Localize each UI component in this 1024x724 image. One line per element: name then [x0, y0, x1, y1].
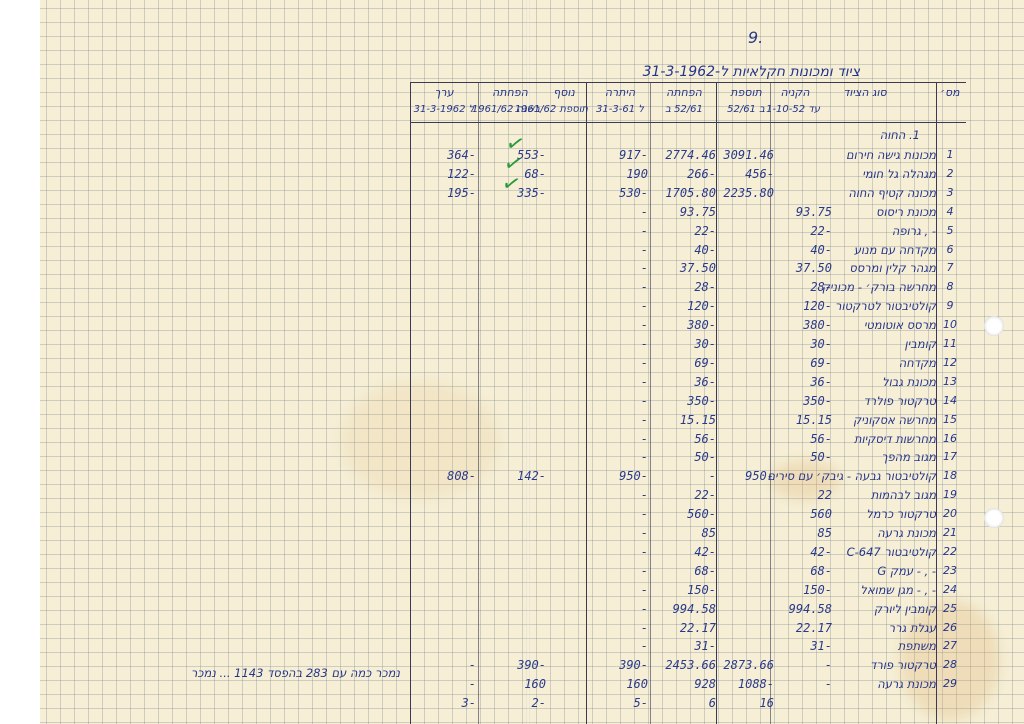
column-subheader-purchase: עד 1-10-52: [770, 104, 820, 115]
cell-purchase: 350-: [776, 394, 832, 408]
cell-balance: -: [590, 450, 648, 464]
column-subheader-value: ל 31-3-1962: [412, 104, 476, 115]
cell-purchase: 22: [776, 488, 832, 502]
column-subheader-addition: ב 52/61: [716, 104, 776, 115]
row-number: 12: [940, 356, 960, 369]
cell-dep_year: 142-: [484, 469, 546, 483]
header-rule: [410, 122, 966, 123]
cell-purchase: 36-: [776, 375, 832, 389]
cell-dep_until: 150-: [654, 583, 716, 597]
cell-balance: -: [590, 564, 648, 578]
cell-dep_until: 994.58: [654, 602, 716, 616]
punch-hole: [984, 316, 1004, 336]
column-rule: [586, 82, 587, 724]
row-number: 23: [940, 564, 960, 577]
cell-addition: 3091.46: [720, 148, 774, 162]
cell-dep_until: -: [654, 469, 716, 483]
row-number: 11: [940, 337, 960, 350]
cell-purchase: 22.17: [776, 621, 832, 635]
row-number: 3: [940, 186, 960, 199]
item-description: מכונה קטיף החוה: [786, 186, 936, 200]
cell-addition: 2235.80: [720, 186, 774, 200]
footnote: נמכר כמה עם 283 בהפסד 1143 ... נמכר: [80, 666, 400, 680]
column-header-added: נוסף: [540, 86, 588, 99]
cell-dep_until: 31-: [654, 639, 716, 653]
page-title: ציוד ומכונות חקלאיות ל-31-3-1962: [560, 64, 860, 80]
cell-value: -: [414, 677, 476, 691]
cell-purchase: 69-: [776, 356, 832, 370]
column-rule: [936, 82, 937, 724]
row-number: 6: [940, 243, 960, 256]
column-header-item: סוג הציוד: [810, 86, 920, 99]
row-number: 8: [940, 280, 960, 293]
row-number: 27: [940, 639, 960, 652]
cell-purchase: 42-: [776, 545, 832, 559]
cell-dep_until: 93.75: [654, 205, 716, 219]
cell-dep_until: 2774.46: [654, 148, 716, 162]
row-number: 5: [940, 224, 960, 237]
cell-balance: 190: [590, 167, 648, 181]
cell-purchase: 15.15: [776, 413, 832, 427]
cell-purchase: 994.58: [776, 602, 832, 616]
section-heading: 1. החוה: [800, 128, 920, 142]
row-number: 21: [940, 526, 960, 539]
cell-addition: 16: [720, 696, 774, 710]
cell-purchase: 28-: [776, 280, 832, 294]
cell-balance: -: [590, 318, 648, 332]
cell-dep_until: 50-: [654, 450, 716, 464]
cell-balance: -: [590, 545, 648, 559]
cell-balance: -: [590, 583, 648, 597]
cell-dep_until: 928: [654, 677, 716, 691]
cell-dep_until: 350-: [654, 394, 716, 408]
cell-addition: 456-: [720, 167, 774, 181]
column-header-addition: תוספת: [716, 86, 776, 99]
cell-purchase: 37.50: [776, 261, 832, 275]
row-number: 16: [940, 432, 960, 445]
cell-balance: -: [590, 432, 648, 446]
cell-dep_until: 69-: [654, 356, 716, 370]
cell-balance: -: [590, 602, 648, 616]
cell-value: 364-: [414, 148, 476, 162]
cell-dep_until: 380-: [654, 318, 716, 332]
cell-balance: -: [590, 205, 648, 219]
cell-dep_year: 390-: [484, 658, 546, 672]
row-number: 20: [940, 507, 960, 520]
cell-balance: 530-: [590, 186, 648, 200]
ledger-page: 9. ציוד ומכונות חקלאיות ל-31-3-1962 מס׳ס…: [40, 0, 1024, 724]
cell-balance: -: [590, 243, 648, 257]
cell-balance: -: [590, 224, 648, 238]
row-number: 22: [940, 545, 960, 558]
cell-purchase: 40-: [776, 243, 832, 257]
page-number: 9.: [748, 28, 763, 47]
cell-dep_year: 2-: [484, 696, 546, 710]
column-rule: [478, 82, 479, 724]
row-number: 19: [940, 488, 960, 501]
cell-dep_until: 266-: [654, 167, 716, 181]
cell-purchase: 50-: [776, 450, 832, 464]
cell-dep_until: 68-: [654, 564, 716, 578]
cell-purchase: 93.75: [776, 205, 832, 219]
cell-balance: -: [590, 639, 648, 653]
cell-purchase: 30-: [776, 337, 832, 351]
row-number: 15: [940, 413, 960, 426]
row-number: 26: [940, 621, 960, 634]
cell-dep_until: 28-: [654, 280, 716, 294]
column-rule: [716, 82, 717, 724]
cell-purchase: 31-: [776, 639, 832, 653]
cell-balance: -: [590, 526, 648, 540]
cell-dep_until: 560-: [654, 507, 716, 521]
cell-addition: 2873.66: [720, 658, 774, 672]
cell-balance: -: [590, 280, 648, 294]
row-number: 29: [940, 677, 960, 690]
cell-dep_year: 160: [484, 677, 546, 691]
row-number: 10: [940, 318, 960, 331]
cell-value: 122-: [414, 167, 476, 181]
cell-dep_until: 85: [654, 526, 716, 540]
row-number: 7: [940, 261, 960, 274]
cell-dep_until: 120-: [654, 299, 716, 313]
cell-dep_until: 36-: [654, 375, 716, 389]
cell-dep_until: 22-: [654, 488, 716, 502]
cell-dep_until: 42-: [654, 545, 716, 559]
row-number: 1: [940, 148, 960, 161]
row-number: 17: [940, 450, 960, 463]
cell-purchase: 380-: [776, 318, 832, 332]
cell-value: 3-: [414, 696, 476, 710]
column-rule: [650, 82, 651, 724]
column-subheader-dep_year: בשנה 1961/62: [480, 104, 540, 115]
cell-balance: -: [590, 261, 648, 275]
header-rule: [410, 82, 966, 83]
cell-dep_until: 2453.66: [654, 658, 716, 672]
item-description: מכונות גישה חירום: [786, 148, 936, 162]
column-subheader-balance: ל 31-3-61: [590, 104, 650, 115]
cell-balance: 950-: [590, 469, 648, 483]
cell-value: 808-: [414, 469, 476, 483]
column-header-no: מס׳: [938, 86, 962, 99]
cell-addition: 950-: [720, 469, 774, 483]
column-subheader-dep_until: 52/61 ב: [654, 104, 714, 115]
row-number: 9: [940, 299, 960, 312]
row-number: 28: [940, 658, 960, 671]
cell-purchase: 120-: [776, 299, 832, 313]
row-number: 24: [940, 583, 960, 596]
cell-balance: -: [590, 356, 648, 370]
cell-dep_until: 30-: [654, 337, 716, 351]
cell-balance: -: [590, 488, 648, 502]
cell-dep_until: 40-: [654, 243, 716, 257]
cell-balance: -: [590, 394, 648, 408]
cell-value: 195-: [414, 186, 476, 200]
row-number: 18: [940, 469, 960, 482]
cell-dep_until: 56-: [654, 432, 716, 446]
cell-balance: -: [590, 621, 648, 635]
cell-purchase: 150-: [776, 583, 832, 597]
column-subheader-added: תוספת 1961/62: [540, 104, 588, 115]
cell-balance: -: [590, 413, 648, 427]
cell-dep_until: 6: [654, 696, 716, 710]
column-rule: [410, 82, 411, 724]
cell-purchase: -: [776, 658, 832, 672]
cell-dep_until: 22-: [654, 224, 716, 238]
cell-dep_until: 37.50: [654, 261, 716, 275]
cell-balance: -: [590, 337, 648, 351]
row-number: 25: [940, 602, 960, 615]
item-description: קולטיבטור גבעה - גיבק׳ עם סירים: [786, 469, 936, 483]
column-header-balance: היתרה: [590, 86, 650, 99]
column-header-value: ערך: [412, 86, 476, 99]
cell-balance: 5-: [590, 696, 648, 710]
cell-purchase: 22-: [776, 224, 832, 238]
punch-hole: [984, 508, 1004, 528]
cell-balance: -: [590, 375, 648, 389]
cell-addition: 1088-: [720, 677, 774, 691]
cell-purchase: 68-: [776, 564, 832, 578]
cell-balance: 917-: [590, 148, 648, 162]
item-description: מגהלה גל חומי: [786, 167, 936, 181]
column-header-purchase: הקניה: [770, 86, 820, 99]
cell-balance: -: [590, 507, 648, 521]
column-header-dep_year: הפחתה: [480, 86, 540, 99]
column-header-dep_until: הפחתה: [654, 86, 714, 99]
row-number: 4: [940, 205, 960, 218]
row-number: 13: [940, 375, 960, 388]
cell-purchase: 85: [776, 526, 832, 540]
cell-balance: 390-: [590, 658, 648, 672]
cell-purchase: 56-: [776, 432, 832, 446]
cell-balance: 160: [590, 677, 648, 691]
cell-value: -: [414, 658, 476, 672]
cell-purchase: 560: [776, 507, 832, 521]
cell-balance: -: [590, 299, 648, 313]
cell-dep_until: 15.15: [654, 413, 716, 427]
cell-purchase: -: [776, 677, 832, 691]
row-number: 2: [940, 167, 960, 180]
row-number: 14: [940, 394, 960, 407]
cell-dep_until: 22.17: [654, 621, 716, 635]
cell-dep_until: 1705.80: [654, 186, 716, 200]
